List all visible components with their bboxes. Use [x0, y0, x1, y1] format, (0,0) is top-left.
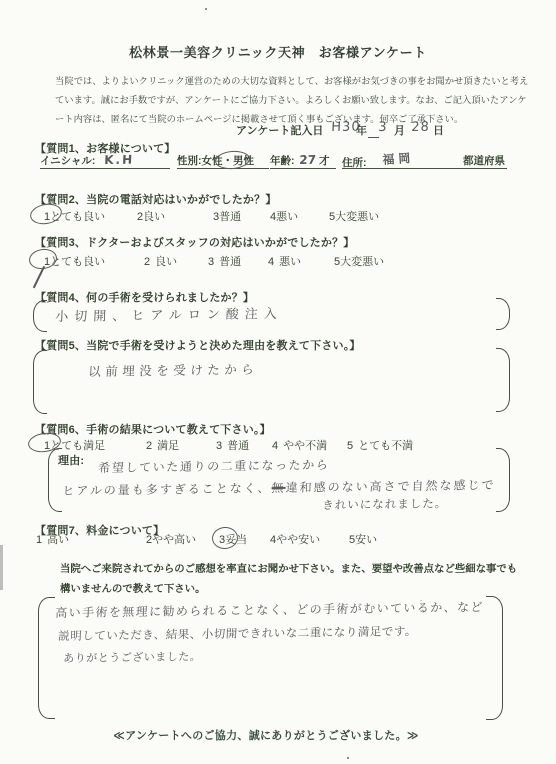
q3-option-2: 2良い [144, 253, 177, 269]
feedback-prompt: 当院へご来院されてからのご感想を率直にお聞かせ下さい。また、要望や改善点など些細… [60, 560, 517, 600]
address-handwritten: 福岡 [382, 149, 415, 168]
question-5-header: 【質問5、当院で手術を受けようと決めた理由を教えて下さい。】 [35, 337, 361, 353]
q2-option-2: 2良い [137, 208, 165, 224]
feedback-bracket-right [486, 596, 503, 720]
address-label: 住所: [342, 157, 367, 169]
q4-answer-bracket-left [33, 300, 47, 332]
question-3-header: 【質問3、ドクターおよびスタッフの対応はいかがでしたか？】 [35, 234, 354, 250]
age-handwritten: 27 [299, 153, 316, 167]
age-unit: 才 [319, 155, 330, 167]
question-6-header: 【質問6、手術の結果について教えて下さい。】 [35, 421, 271, 437]
q6-option-4: 4やや不満 [272, 437, 327, 453]
q6-option-3: 3普通 [216, 437, 249, 453]
feedback-bracket-left [38, 597, 55, 719]
scan-artifact [420, 600, 422, 601]
q6-reason-line3-handwriting: きれいになれました。 [322, 495, 448, 513]
scanned-survey-form: 松林景一美容クリニック天神 お客様アンケート 当院では、よりよいクリニック運営の… [0, 0, 556, 764]
question-2-header: 【質問2、当院の電話対応はいかがでしたか？】 [35, 191, 277, 207]
q2-option-5: 5大変悪い [329, 208, 379, 224]
q2-option-4: 4悪い [270, 208, 298, 224]
q2-option-3: 3普通 [213, 208, 241, 224]
q7-option-1: 1高い [36, 531, 69, 547]
age-field: 年齢: 27 才 [270, 153, 336, 169]
q5-answer-bracket-right [496, 348, 510, 412]
age-label: 年齢: [270, 155, 295, 167]
intro-line: 当院では、よりよいクリニック運営のための大切な資料として、お客様がお気づきの事を… [55, 72, 533, 91]
date-label: アンケート記入日 [236, 122, 323, 138]
q7-option-2: 2やや高い [146, 531, 196, 547]
date-day-handwritten: 28 [411, 120, 430, 135]
q5-answer-handwriting: 以前埋没を受けたから [88, 360, 259, 380]
q3-option-4: 4悪い [268, 253, 301, 269]
date-year-unit: 年 [356, 122, 367, 138]
date-blank-underscore [368, 137, 379, 138]
feedback-prompt-line: 当院へご来院されてからのご感想を率直にお聞かせ下さい。また、要望や改善点など些細… [60, 560, 517, 580]
date-day-unit: 日 [433, 122, 444, 138]
q6-reason-line1-handwriting: 希望していた通りの二重になったから [98, 456, 330, 476]
date-month-handwritten: 3 [378, 120, 387, 135]
question-4-header: 【質問4、何の手術を受けられましたか？】 [35, 289, 254, 305]
intro-line: ています。誠にお手数ですが、アンケートにご協力下さい。よろしくお願い致します。な… [55, 91, 533, 110]
q4-answer-bracket-right [496, 298, 510, 330]
q6-option-5: 5とても不満 [347, 437, 413, 453]
address-field: 住所: 福岡 都道府県 [342, 153, 507, 169]
feedback-line2-handwriting: 説明していただき、結果、小切開できれいな二重になり満足です。 [58, 623, 417, 644]
q7-option-5: 5安い [349, 531, 377, 547]
feedback-line1-handwriting: 高い手術を無理に勧められることなく、どの手術がむいているか、など [55, 598, 484, 621]
address-unit: 都道府県 [463, 153, 505, 168]
intro-text: 当院では、よりよいクリニック運営のための大切な資料として、お客様がお気づきの事を… [55, 72, 533, 129]
q7-option-4: 4やや安い [270, 531, 320, 547]
q3-option-3: 3普通 [208, 253, 241, 269]
date-month-unit: 月 [394, 122, 405, 138]
feedback-line3-handwriting: ありがとうございました。 [63, 648, 202, 666]
gender-label: 性別: [177, 155, 202, 167]
q6-reason-bracket-right [496, 448, 510, 512]
footer-thanks: ≪アンケートへのご協力、誠にありがとうございました。≫ [0, 727, 532, 743]
initial-handwritten: K.H [104, 153, 134, 167]
q6-reason-label: 理由: [58, 452, 84, 468]
scan-artifact [0, 545, 3, 590]
q6-option-2: 2満足 [146, 437, 179, 453]
initial-field: イニシャル: K.H [40, 153, 170, 169]
struck-out-character: 無 [271, 481, 286, 495]
form-title: 松林景一美容クリニック天神 お客様アンケート [0, 42, 556, 61]
q3-option-5: 5大変悪い [334, 253, 384, 269]
q3-circle-tail [33, 266, 45, 288]
feedback-prompt-line: 構いませんので教えて下さい。 [60, 580, 517, 600]
scan-artifact [205, 8, 207, 10]
q5-answer-bracket-left [33, 350, 47, 414]
q4-answer-handwriting: 小切開、ヒアルロン酸注入 [55, 303, 283, 325]
initial-label: イニシャル: [40, 155, 95, 167]
scan-artifact [347, 757, 349, 759]
